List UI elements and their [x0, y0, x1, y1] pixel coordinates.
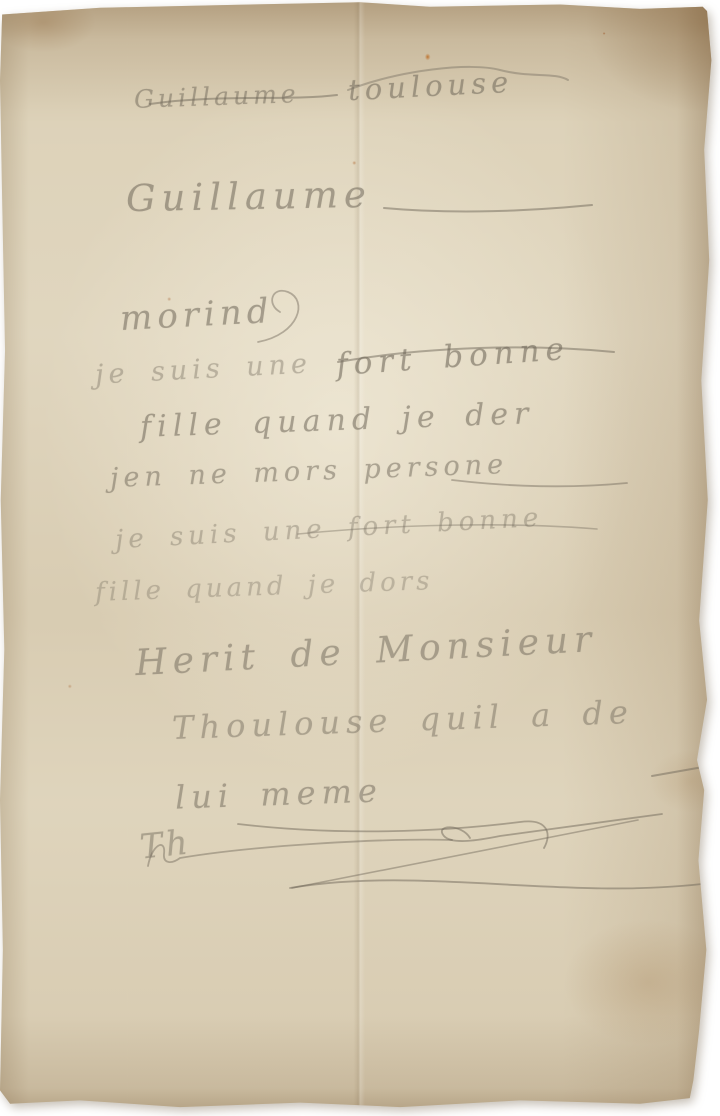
handwriting-name-guillaume: Guillaume	[126, 176, 372, 217]
handwriting-scrawl-toulouse: toulouse	[347, 68, 514, 106]
handwriting-thoulouse-line: Thoulouse quil a de	[172, 696, 635, 744]
photo-of-manuscript-page: Guillaume toulouse Guillaume morind je s…	[0, 0, 720, 1116]
flourish-morin-loop	[258, 291, 298, 342]
handwriting-lui-meme: lui meme	[175, 774, 384, 813]
handwriting-motto1-end: fort bonne	[335, 334, 571, 381]
handwriting-motto-middle: jen ne mors persone	[110, 451, 509, 492]
flourish-top-strike	[150, 95, 337, 104]
flourish-luimeme-underline	[238, 821, 548, 848]
handwriting-morin: morind	[119, 294, 274, 336]
handwriting-final-initials: Th	[138, 825, 192, 864]
flourish-motto2-strike	[298, 525, 597, 534]
flourish-toulouse-scrawl	[348, 67, 568, 90]
paper-shadow-wrap: Guillaume toulouse Guillaume morind je s…	[0, 0, 720, 1116]
flourish-guillaume-rule	[384, 205, 592, 212]
flourish-edge-dash	[652, 767, 703, 776]
handwriting-scrawl-guillaume: Guillaume	[134, 81, 300, 112]
flourish-fortbonne-bar	[338, 347, 614, 362]
manuscript-paper: Guillaume toulouse Guillaume morind je s…	[0, 0, 720, 1116]
handwriting-motto1-start: je suis une	[94, 350, 312, 388]
flourish-th-link	[148, 840, 452, 866]
pencil-flourish-strokes	[0, 0, 720, 1116]
handwriting-motto1-line2: fille quand je der	[140, 399, 535, 443]
handwriting-motto2-line2: fille quand je dors	[95, 568, 434, 606]
handwriting-herit-line: Herit de Monsieur	[134, 622, 598, 682]
handwriting-motto2-line1: je suis une fort bonne	[115, 505, 544, 553]
flourish-persone-tail	[452, 480, 627, 486]
flourish-final-diagonal	[292, 820, 638, 888]
flourish-final-underswash	[290, 880, 702, 888]
flourish-final-loop	[442, 814, 662, 841]
